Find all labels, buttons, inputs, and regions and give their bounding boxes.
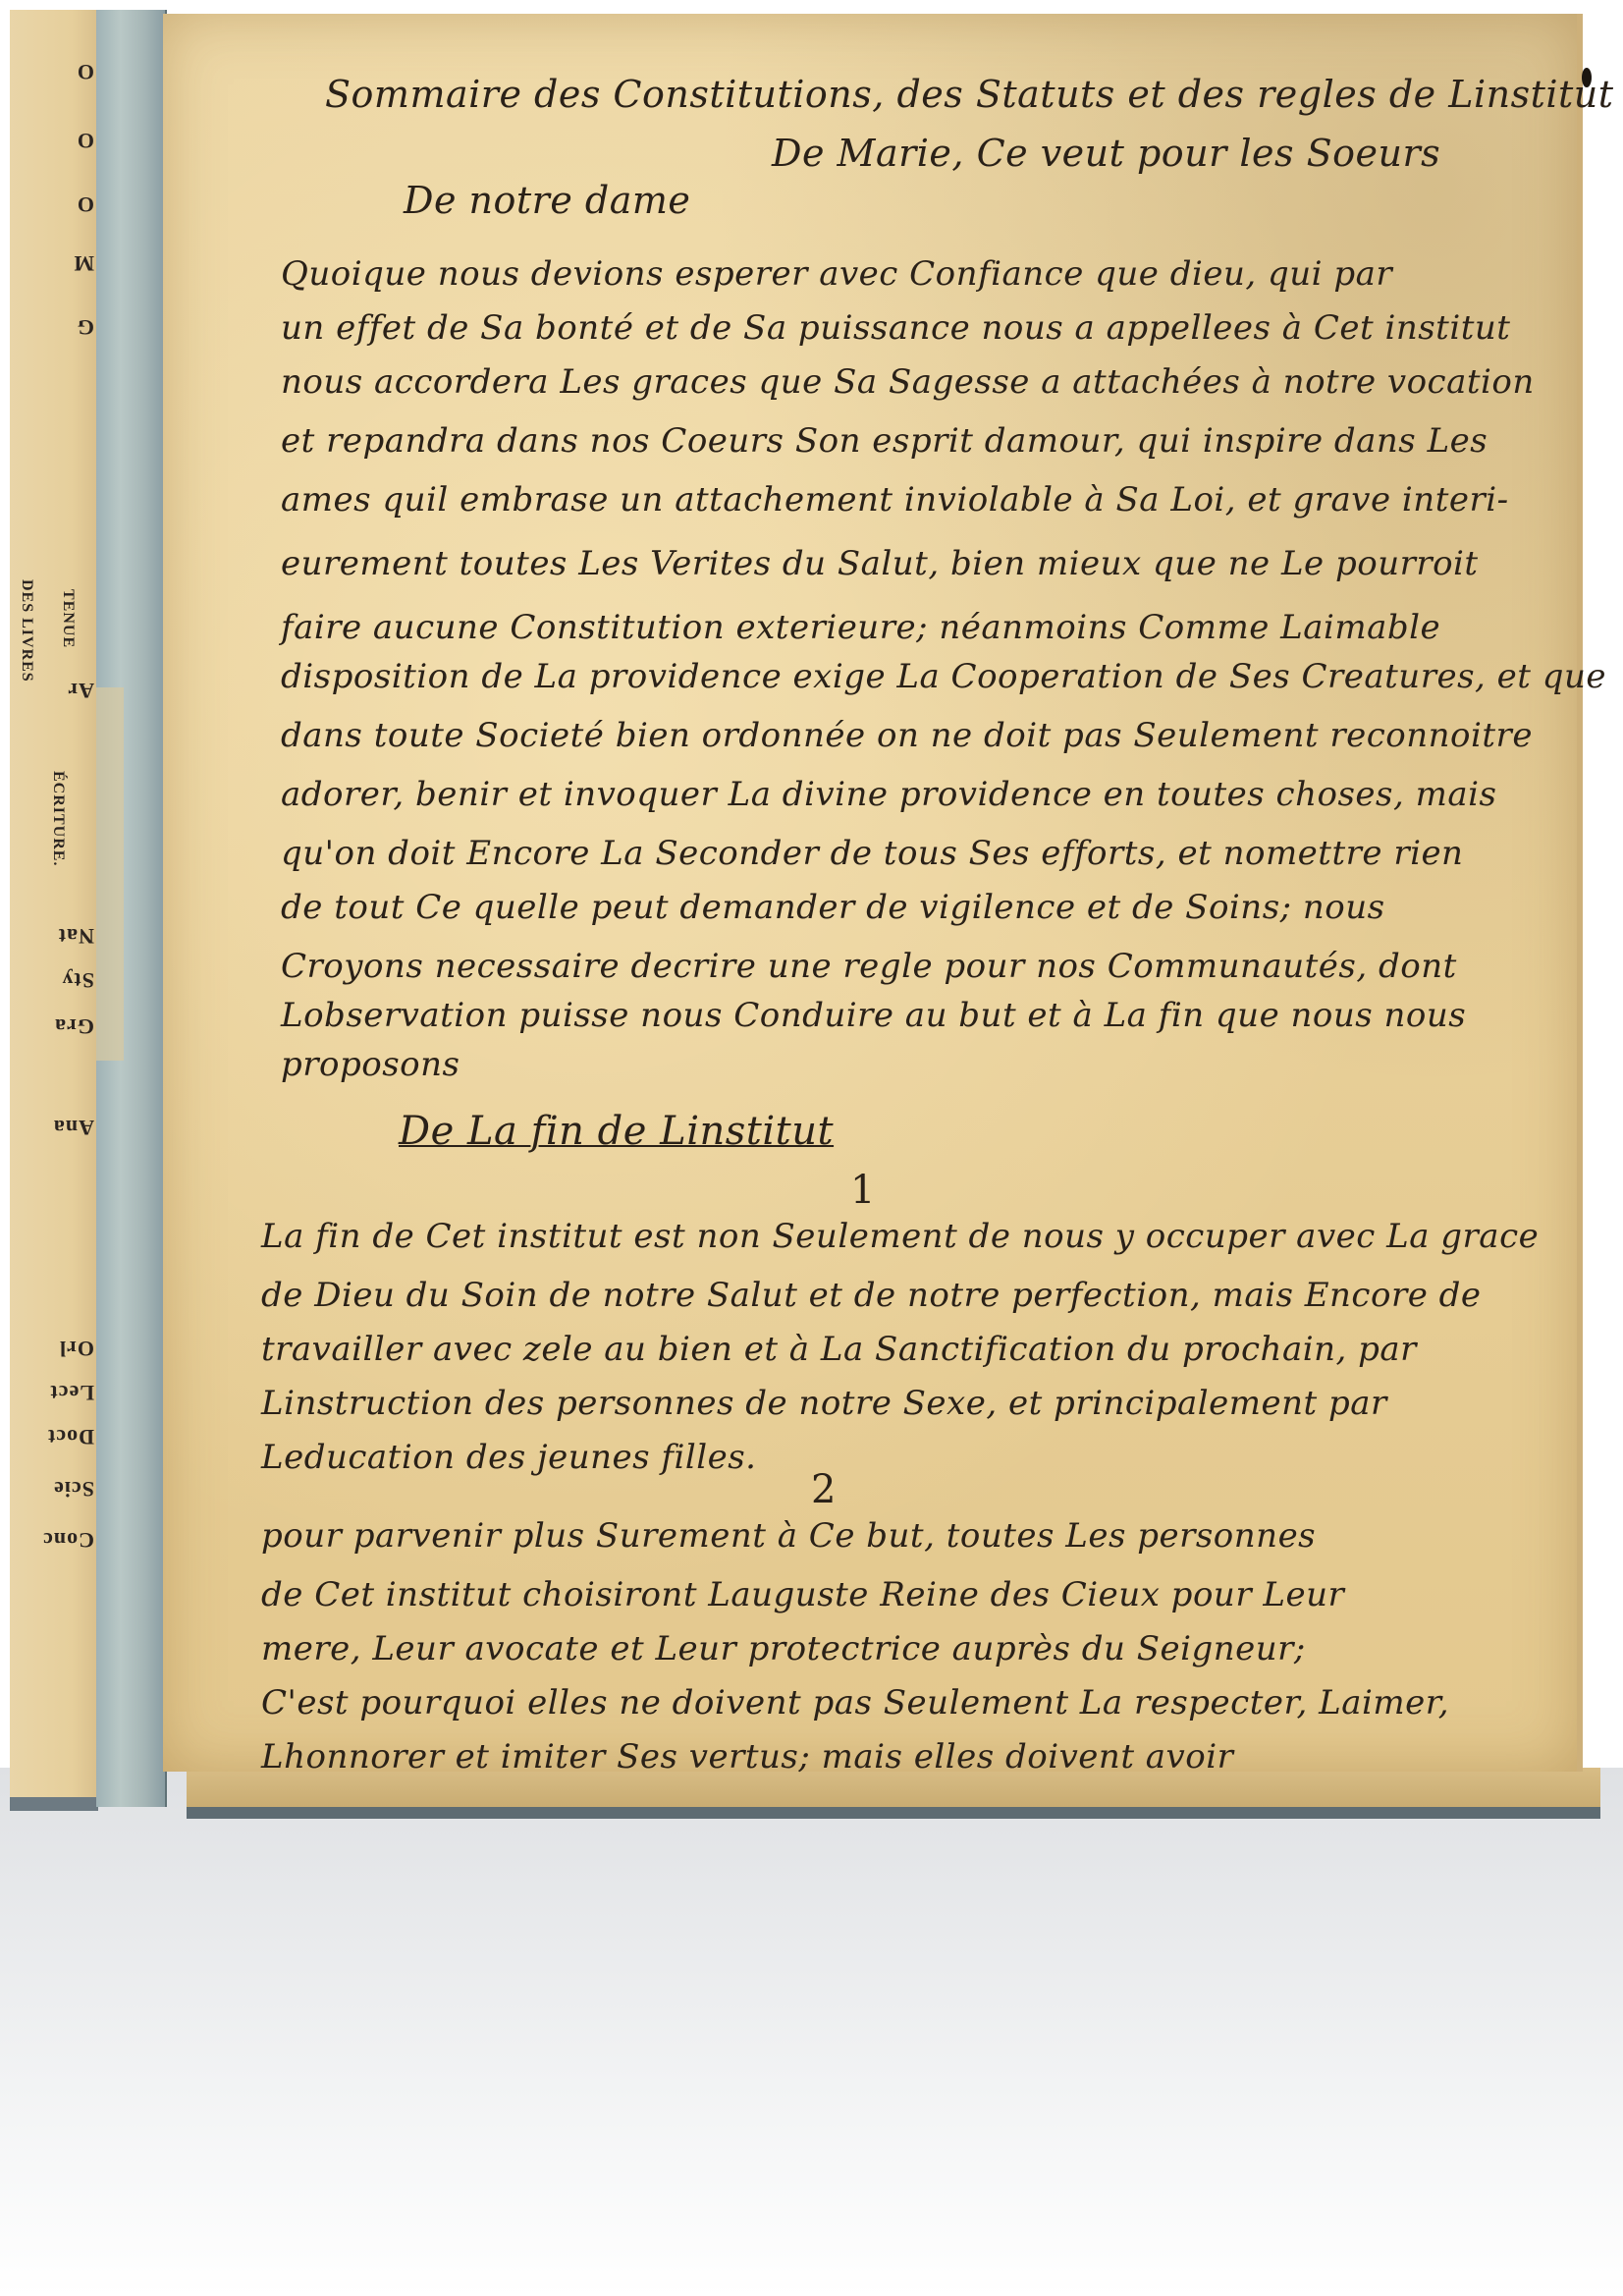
preamble-line: de tout Ce quelle peut demander de vigil… <box>281 888 1385 927</box>
spine-title-tenue: TENUE <box>59 589 77 648</box>
preamble-line: un effet de Sa bonté et de Sa puissance … <box>281 308 1510 348</box>
spine-letter: O <box>16 59 94 84</box>
spine-word: Doct <box>16 1424 94 1449</box>
article-line: travailler avec zele au bien et à La San… <box>261 1330 1417 1369</box>
spine-title-livres: DES LIVRES <box>18 579 35 683</box>
spine-word: Ana <box>16 1115 94 1140</box>
binding-tab <box>96 687 124 1061</box>
spine-title-ecriture: ÉCRITURE. <box>49 771 67 866</box>
article-line: C'est pourquoi elles ne doivent pas Seul… <box>261 1683 1449 1722</box>
article-line: Linstruction des personnes de notre Sexe… <box>261 1384 1387 1423</box>
spine-word: Nat <box>16 923 94 949</box>
preamble-line: disposition de La providence exige La Co… <box>281 657 1606 696</box>
title-line-1: Sommaire des Constitutions, des Statuts … <box>325 73 1614 116</box>
book-binding-strip <box>96 10 167 1807</box>
spine-word: Sty <box>16 967 94 993</box>
preamble-line: qu'on doit Encore La Seconder de tous Se… <box>281 834 1463 873</box>
article-line: Leducation des jeunes filles. <box>261 1438 756 1477</box>
spine-word: Ar <box>16 678 94 703</box>
article-line: Lhonnorer et imiter Ses vertus; mais ell… <box>261 1737 1233 1777</box>
article-line: pour parvenir plus Surement à Ce but, to… <box>261 1516 1316 1556</box>
preamble-line: et repandra dans nos Coeurs Son esprit d… <box>281 421 1488 461</box>
title-line-3: De notre dame <box>404 179 690 222</box>
spine-word: Lect <box>16 1380 94 1405</box>
article-number: 2 <box>811 1467 837 1512</box>
preamble-line: adorer, benir et invoquer La divine prov… <box>281 775 1496 814</box>
spine-word: Scie <box>16 1476 94 1502</box>
preamble-line: nous accordera Les graces que Sa Sagesse… <box>281 362 1535 402</box>
preamble-line: faire aucune Constitution exterieure; né… <box>281 608 1440 647</box>
article-line: de Cet institut choisiront Lauguste Rein… <box>261 1575 1344 1614</box>
preamble-line: eurement toutes Les Verites du Salut, bi… <box>281 544 1479 583</box>
preamble-line: Lobservation puisse nous Conduire au but… <box>281 996 1466 1035</box>
title-line-2: De Marie, Ce veut pour les Soeurs <box>772 132 1440 175</box>
spine-letter: O <box>16 191 94 217</box>
spine-letter: G <box>16 314 94 340</box>
manuscript-page: Sommaire des Constitutions, des Statuts … <box>163 14 1583 1772</box>
preamble-line: Croyons necessaire decrire une regle pou… <box>281 947 1457 986</box>
scan-background <box>0 1768 1623 2296</box>
article-line: mere, Leur avocate et Leur protectrice a… <box>261 1629 1306 1668</box>
article-line: La fin de Cet institut est non Seulement… <box>261 1217 1539 1256</box>
preamble-line: dans toute Societé bien ordonnée on ne d… <box>281 716 1533 755</box>
spine-letter: M <box>16 250 94 276</box>
left-printed-leaf: O O O M G TENUE DES LIVRES ÉCRITURE. Ar … <box>10 10 98 1811</box>
spine-letter: O <box>16 128 94 153</box>
spine-word: Conc <box>16 1527 94 1553</box>
spine-word: Gra <box>16 1013 94 1039</box>
spine-word: Orl <box>16 1336 94 1361</box>
preamble-line: Quoique nous devions esperer avec Confia… <box>281 254 1392 294</box>
article-number: 1 <box>850 1168 876 1213</box>
section-heading: De La fin de Linstitut <box>399 1109 834 1154</box>
preamble-line: proposons <box>281 1045 460 1084</box>
preamble-line: ames quil embrase un attachement inviola… <box>281 480 1509 519</box>
article-line: de Dieu du Soin de notre Salut et de not… <box>261 1276 1482 1315</box>
